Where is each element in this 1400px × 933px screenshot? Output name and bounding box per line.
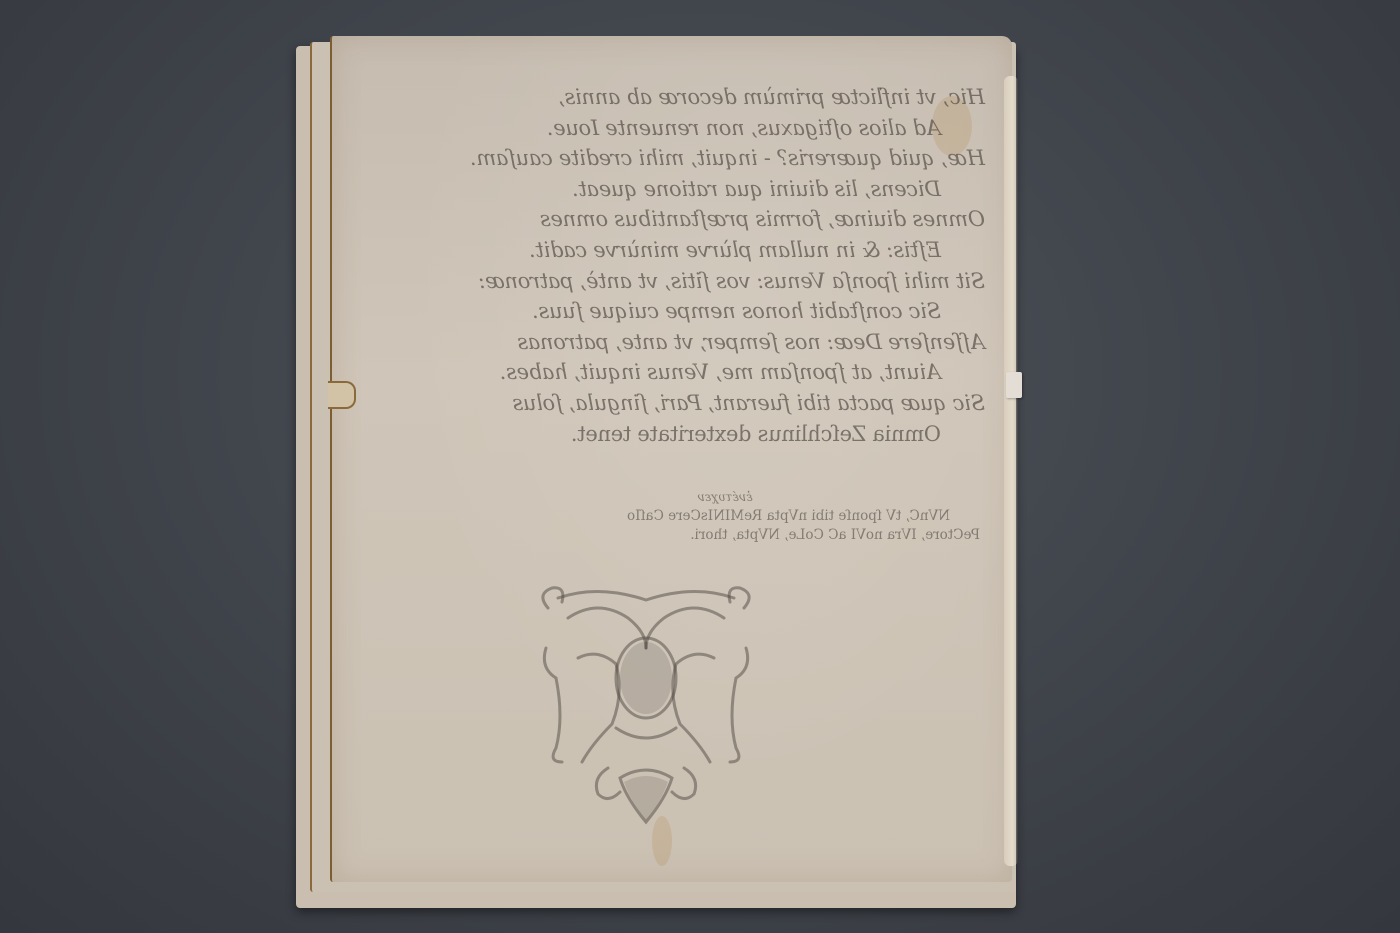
verse-line: Omnes diuinæ, formis præſtantibus omnes [385,204,985,235]
verse-line: Hic, vt inflictæ primùm decoræ ab annis, [385,82,985,113]
verse-line: Aſſenſere Deæ: nos ſemper, vt ante, patr… [385,327,985,358]
verse-line: Eſtis: & in nullam plùrve minùrve cadit. [385,235,985,266]
verse-block: Hic, vt inflictæ primùm decoræ ab annis,… [385,82,985,449]
verse-line: Sit mihi ſponſa Venus: vos ſitis, vt ant… [385,266,985,297]
chronogram-block: ἐνέτυχεν NVnC, tV ſponſe tibi nVpta ReMI… [440,488,980,545]
paper-tab [1006,372,1022,398]
verse-line: Omnia Zeſchlinus dexteritate tenet. [385,419,985,450]
verse-line: Sic quæ pacta tibi fuerant, Pari, ſingul… [385,388,985,419]
printers-ornament-icon [528,578,764,828]
verse-line: Dicens, lis diuini qua ratione queat. [385,174,985,205]
chronogram-heading: ἐνέτυχεν [440,488,980,507]
verse-line: Aiunt, at ſponſam me, Venus inquit, habe… [385,357,985,388]
page-notch [328,381,356,409]
verse-line: Hæ, quid quæreris? - inquit, mihi credit… [385,143,985,174]
chronogram-line: PeCtore, IVra noVI aC CoLe, NVpta, thori… [440,526,980,545]
verse-line: Ad alios oſtigaxus, non renuente Ioue. [385,113,985,144]
verse-line: Sic conſtabit honos nempe cuique ſuus. [385,296,985,327]
chronogram-line: NVnC, tV ſponſe tibi nVpta ReMINIsCere C… [440,507,980,526]
